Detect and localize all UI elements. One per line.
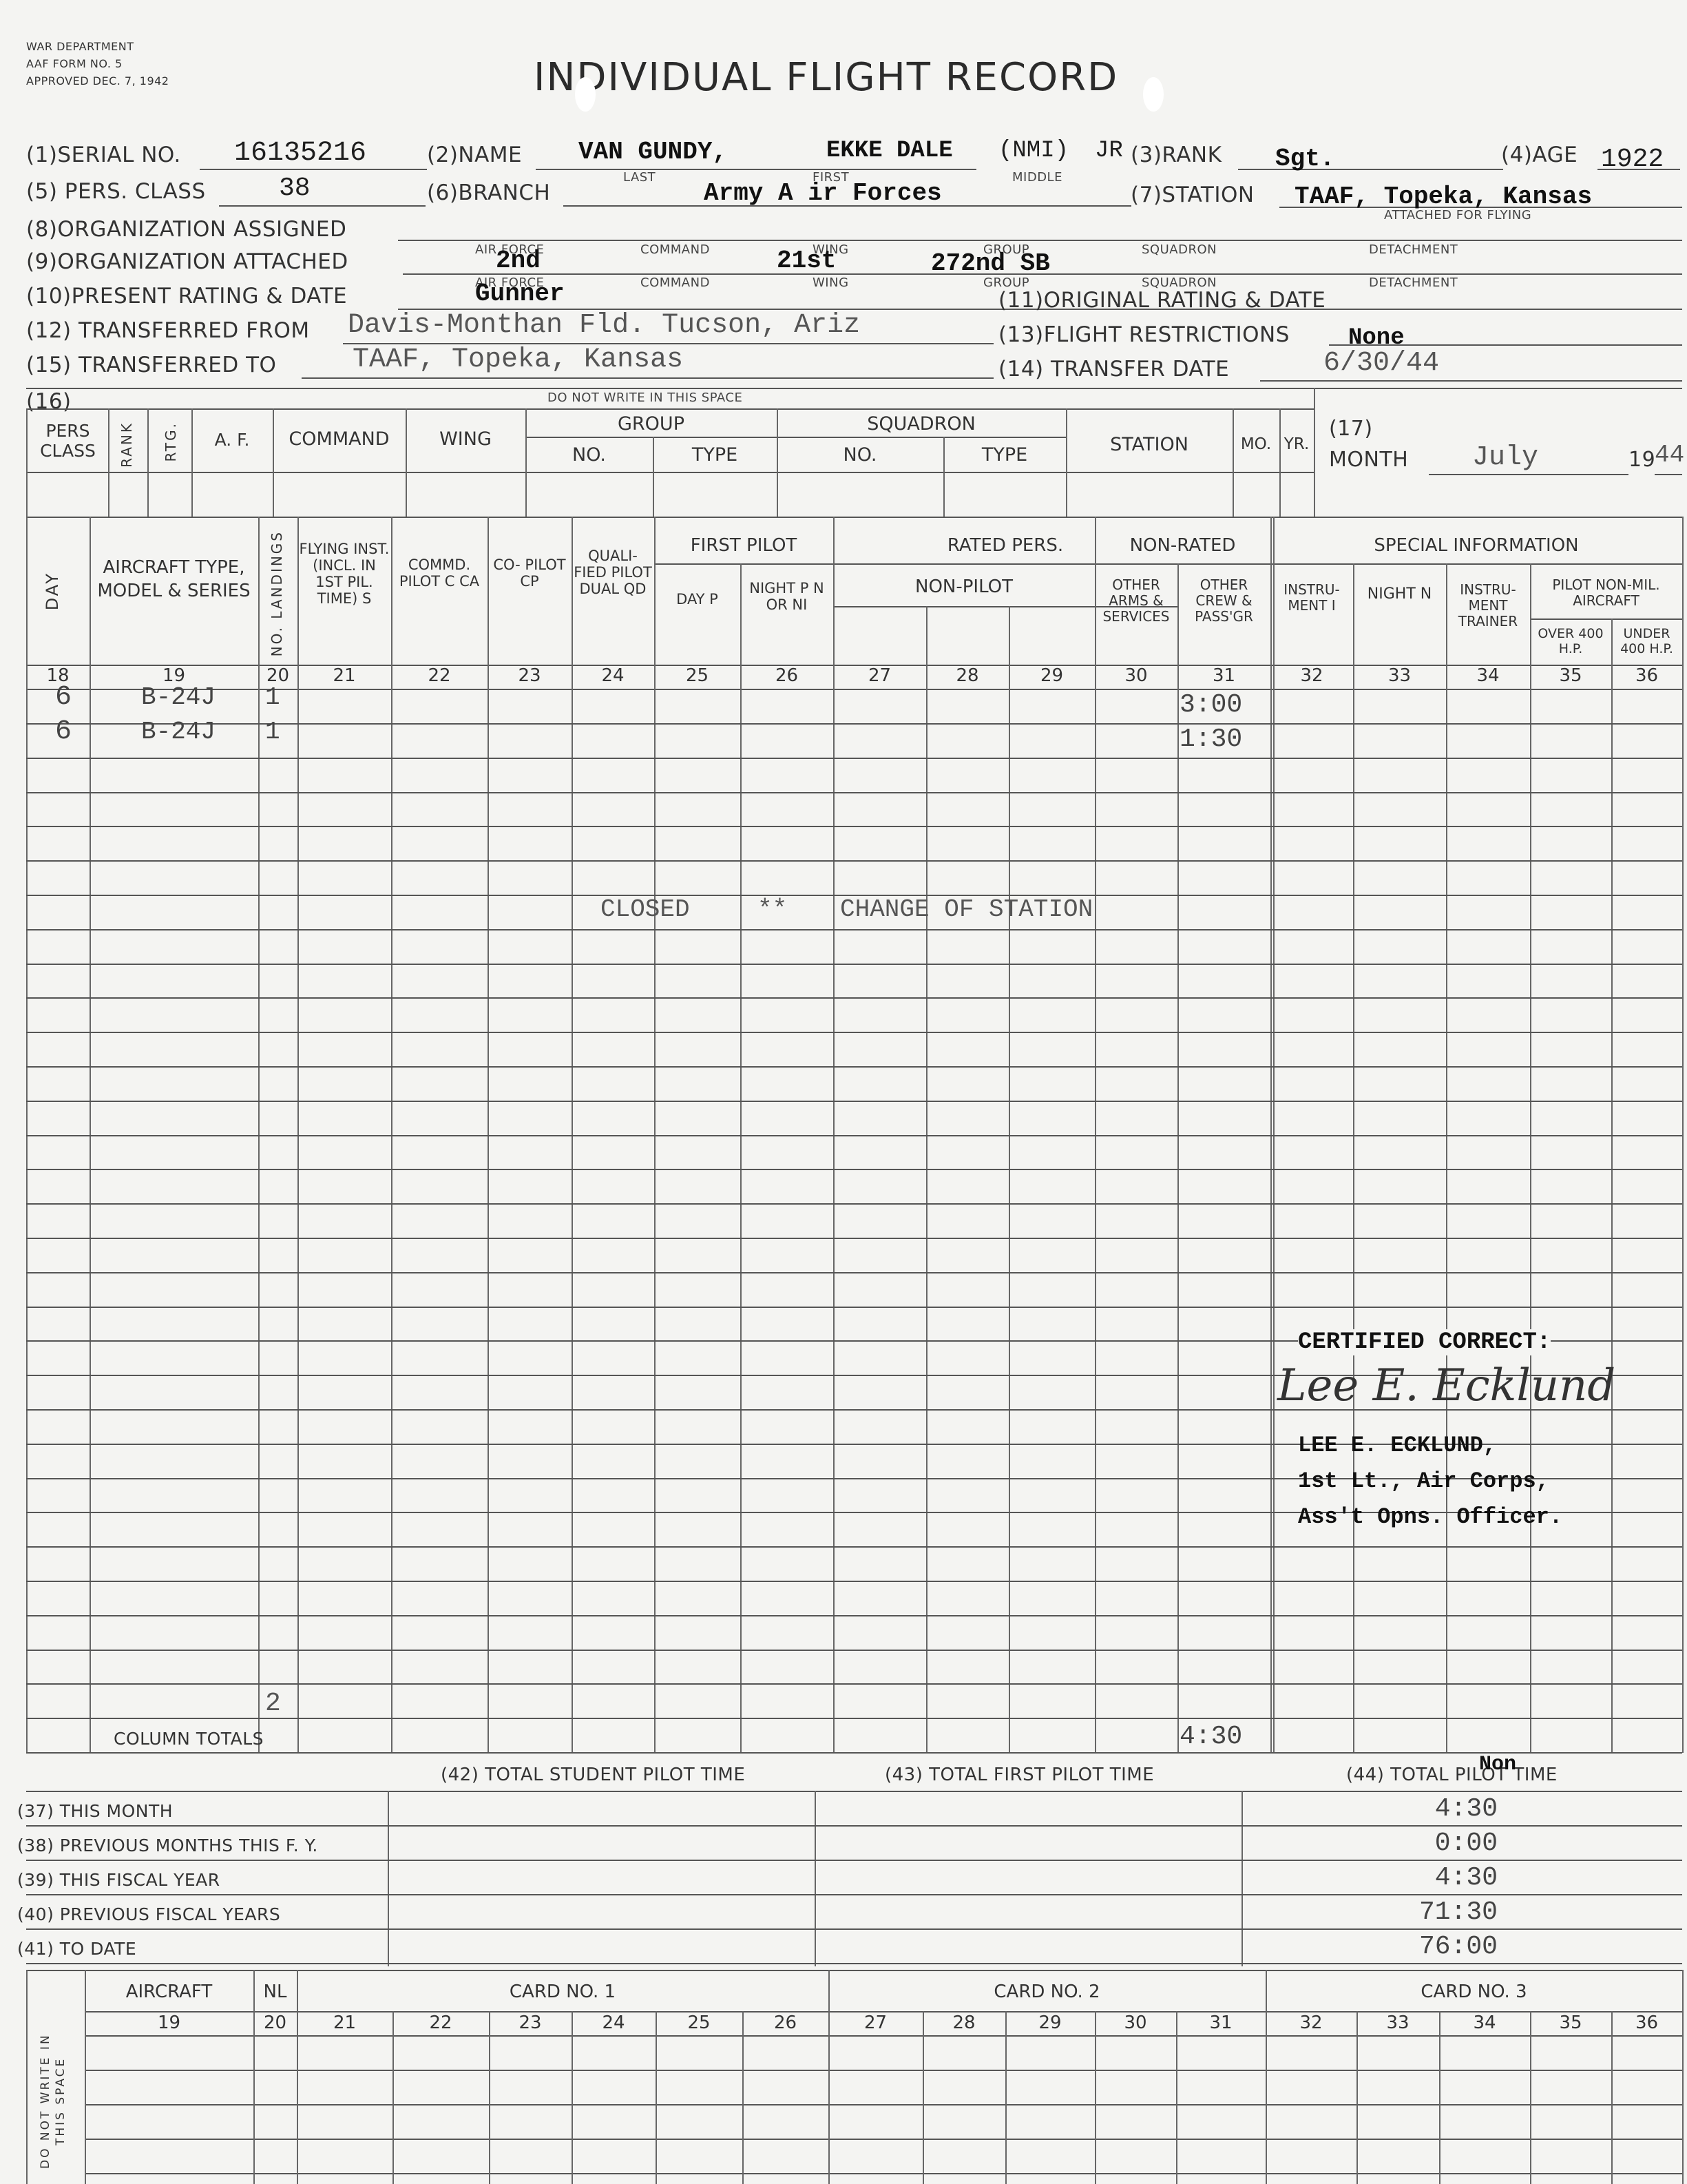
- card-column-number: 36: [1611, 2013, 1682, 2033]
- transfer-date-value[interactable]: 6/30/44: [1323, 348, 1439, 379]
- total-pilot-time-value[interactable]: 71:30: [1394, 1897, 1498, 1927]
- column-number: 31: [1177, 665, 1270, 686]
- column-number: 26: [740, 665, 833, 686]
- dept-label: WAR DEPARTMENT: [26, 38, 169, 55]
- org-attached-group[interactable]: 272nd SB: [931, 249, 1050, 278]
- s16-col-rank: RANK: [118, 422, 135, 468]
- officer-title: Ass't Opns. Officer.: [1298, 1504, 1562, 1530]
- totals-row-line: [26, 1860, 1682, 1861]
- column-number: 36: [1611, 665, 1682, 686]
- col-flying-inst-header: FLYING INST. (INCL. IN 1ST PIL. TIME) S: [297, 541, 391, 607]
- column-number: 30: [1095, 665, 1177, 686]
- col-fp-day-header: DAY P: [654, 591, 740, 607]
- totals-row-label: (40) PREVIOUS FISCAL YEARS: [17, 1904, 280, 1924]
- punch-hole: [1143, 77, 1164, 112]
- age-label: (4)AGE: [1501, 143, 1578, 167]
- page-title: INDIVIDUAL FLIGHT RECORD: [534, 55, 1118, 100]
- sub-label-squadron: SQUADRON: [1142, 242, 1217, 257]
- sub-label-detachment: DETACHMENT: [1369, 275, 1458, 290]
- grid-line: [253, 2011, 255, 2184]
- s16-col-sqn-type: TYPE: [943, 444, 1066, 466]
- card-1-header: CARD NO. 1: [297, 1982, 828, 2003]
- card-column-number: 28: [923, 2013, 1005, 2033]
- year-value[interactable]: 44: [1655, 441, 1684, 469]
- s16-col-wing: WING: [406, 428, 525, 450]
- row2-aircraft[interactable]: B-24J: [141, 718, 216, 746]
- table-row-line: [26, 1135, 1682, 1136]
- grid-line: [572, 2011, 573, 2184]
- grid-line: [828, 2011, 830, 2184]
- org-attached-wing[interactable]: 21st: [777, 247, 836, 275]
- grid-line: [1530, 563, 1531, 1753]
- table-row-line: [26, 1615, 1682, 1616]
- col-night-header: NIGHT N: [1353, 585, 1446, 603]
- cards-aircraft-header: AIRCRAFT: [85, 1982, 253, 2003]
- table-row-line: [26, 826, 1682, 827]
- s16-col-sqn-no: NO.: [777, 444, 943, 466]
- card-column-number: 20: [253, 2013, 297, 2033]
- pers-class-label: (5) PERS. CLASS: [26, 179, 206, 204]
- card-column-number: 27: [828, 2013, 923, 2033]
- grid-line: [85, 2011, 86, 2184]
- col-pilot-nonmil-header: PILOT NON-MIL. AIRCRAFT: [1530, 577, 1682, 609]
- grid-line: [656, 2011, 657, 2184]
- year-prefix: 19: [1628, 448, 1655, 472]
- grid-line: [1266, 2011, 1267, 2184]
- officer-rank: 1st Lt., Air Corps,: [1298, 1468, 1549, 1494]
- grid-line: [1177, 563, 1179, 1753]
- table-row-line: [26, 1546, 1682, 1548]
- cards-nl-header: NL: [253, 1982, 297, 2003]
- col-fp-night-header: NIGHT P N OR NI: [740, 580, 833, 613]
- table-row-line: [26, 1238, 1682, 1239]
- totals-row-line: [26, 1928, 1682, 1930]
- total-pilot-time-value[interactable]: 76:00: [1394, 1932, 1498, 1962]
- totals-row-label: (41) TO DATE: [17, 1939, 136, 1959]
- grid-line: [1611, 2011, 1613, 2184]
- table-row-line: [26, 997, 1682, 999]
- card-column-number: 19: [85, 2013, 253, 2033]
- total-student-pilot-header: (42) TOTAL STUDENT PILOT TIME: [441, 1765, 745, 1785]
- column-number: 25: [654, 665, 740, 686]
- punch-hole: [575, 77, 596, 112]
- org-attached-air-force[interactable]: 2nd: [496, 247, 541, 275]
- original-rating-label: (11)ORIGINAL RATING & DATE: [998, 288, 1325, 313]
- col-other-crew-header: OTHER CREW & PASS'GR: [1177, 577, 1270, 625]
- grid-line: [1353, 563, 1354, 1753]
- row2-day[interactable]: 6: [55, 716, 72, 747]
- card-column-number: 29: [1005, 2013, 1095, 2033]
- name-middle[interactable]: (NMI): [998, 138, 1069, 164]
- month-number-label: (17): [1329, 417, 1373, 441]
- table-row-line: [26, 860, 1682, 862]
- serial-label: (1)SERIAL NO.: [26, 143, 181, 167]
- total-pilot-time-header: (44) TOTAL PILOT TIME: [1346, 1765, 1558, 1785]
- grid-line: [1176, 2011, 1177, 2184]
- transferred-from-label: (12) TRANSFERRED FROM: [26, 318, 310, 343]
- grid-line: [1682, 517, 1684, 1753]
- row2-other-crew[interactable]: 1:30: [1180, 725, 1242, 754]
- totals-row-line: [26, 1825, 1682, 1827]
- sub-label-wing: WING: [813, 275, 849, 290]
- name-first[interactable]: EKKE DALE: [826, 138, 953, 164]
- rank-label: (3)RANK: [1131, 143, 1222, 167]
- card-2-header: CARD NO. 2: [828, 1982, 1266, 2003]
- rank-value[interactable]: Sgt.: [1275, 145, 1334, 173]
- grid-line: [85, 2173, 1682, 2174]
- table-row-line: [26, 1581, 1682, 1582]
- name-label: (2)NAME: [427, 143, 522, 167]
- card-column-number: 33: [1356, 2013, 1439, 2033]
- table-row-line: [26, 929, 1682, 930]
- table-row-line: [26, 1203, 1682, 1205]
- flight-restrictions-label: (13)FLIGHT RESTRICTIONS: [998, 322, 1290, 347]
- officer-name: LEE E. ECKLUND,: [1298, 1433, 1496, 1458]
- card-column-number: 35: [1530, 2013, 1611, 2033]
- grid-line: [85, 2035, 1682, 2037]
- col-non-pilot-header: NON-PILOT: [833, 577, 1095, 598]
- col-over400-header: OVER 400 H.P.: [1530, 627, 1611, 657]
- total-pilot-time-value[interactable]: 4:30: [1394, 1794, 1498, 1824]
- table-row-line: [26, 1101, 1682, 1102]
- grid-line: [85, 2139, 1682, 2140]
- table-row-line: [26, 1683, 1682, 1685]
- approved-date: APPROVED DEC. 7, 1942: [26, 72, 169, 90]
- column-number: 27: [833, 665, 926, 686]
- name-suffix[interactable]: JR: [1095, 138, 1123, 164]
- s16-col-group-type: TYPE: [653, 444, 777, 466]
- totals-row-label: (37) THIS MONTH: [17, 1801, 173, 1821]
- station-value[interactable]: TAAF, Topeka, Kansas: [1295, 183, 1592, 211]
- s16-col-command: COMMAND: [273, 428, 406, 450]
- org-assigned-label: (8)ORGANIZATION ASSIGNED: [26, 217, 346, 242]
- grid-line: [1356, 2011, 1358, 2184]
- name-last[interactable]: VAN GUNDY,: [578, 138, 727, 166]
- age-value[interactable]: 1922: [1601, 145, 1664, 174]
- transferred-to-label: (15) TRANSFERRED TO: [26, 353, 276, 377]
- do-not-write-note: DO NOT WRITE IN THIS SPACE: [547, 391, 742, 405]
- s16-col-station: STATION: [1066, 434, 1233, 455]
- col-inst-trainer-header: INSTRU- MENT TRAINER: [1446, 582, 1530, 630]
- grid-line: [1446, 563, 1447, 1753]
- certified-heading: CERTIFIED CORRECT:: [1298, 1329, 1551, 1355]
- column-number: 34: [1446, 665, 1530, 686]
- column-number: 22: [391, 665, 488, 686]
- column-number: 32: [1270, 665, 1353, 686]
- card-column-number: 32: [1266, 2013, 1356, 2033]
- column-number: 29: [1009, 665, 1095, 686]
- transferred-from-value[interactable]: Davis-Monthan Fld. Tucson, Ariz: [348, 310, 860, 341]
- s16-col-yr: YR.: [1279, 435, 1314, 453]
- card-column-number: 25: [656, 2013, 742, 2033]
- grid-line: [392, 2011, 394, 2184]
- table-row-line: [26, 1272, 1682, 1273]
- col-qualified-header: QUALI- FIED PILOT DUAL QD: [572, 548, 654, 597]
- column-number: 21: [297, 665, 391, 686]
- other-crew-total[interactable]: 4:30: [1180, 1722, 1242, 1751]
- station-label: (7)STATION: [1131, 183, 1255, 207]
- transferred-to-value[interactable]: TAAF, Topeka, Kansas: [353, 344, 683, 375]
- card-column-number: 22: [392, 2013, 489, 2033]
- card-column-number: 26: [742, 2013, 828, 2033]
- s16-col-squadron: SQUADRON: [777, 413, 1066, 435]
- totals-row-line: [26, 1894, 1682, 1895]
- column-number: 24: [572, 665, 654, 686]
- grid-line: [1611, 618, 1613, 1753]
- totals-row-label: (39) THIS FISCAL YEAR: [17, 1870, 220, 1890]
- sub-label-command: COMMAND: [640, 242, 710, 257]
- card-column-number: 30: [1095, 2013, 1176, 2033]
- month-label: MONTH: [1329, 448, 1408, 472]
- org-attached-label: (9)ORGANIZATION ATTACHED: [26, 249, 348, 274]
- table-row-line: [26, 1032, 1682, 1033]
- remark-closed: CLOSED: [600, 895, 690, 924]
- col-special-info-header: SPECIAL INFORMATION: [1270, 536, 1682, 557]
- table-row-line: [26, 964, 1682, 965]
- column-totals-label: COLUMN TOTALS: [114, 1729, 264, 1749]
- transfer-date-label: (14) TRANSFER DATE: [998, 357, 1229, 382]
- branch-value[interactable]: Army A ir Forces: [704, 179, 942, 207]
- grid-line: [1530, 2011, 1531, 2184]
- col-other-arms-header: OTHER ARMS & SERVICES: [1095, 577, 1177, 625]
- form-number: AAF FORM NO. 5: [26, 55, 169, 72]
- card-3-header: CARD NO. 3: [1266, 1982, 1682, 2003]
- present-rating-label: (10)PRESENT RATING & DATE: [26, 284, 347, 309]
- sub-label-detachment: DETACHMENT: [1369, 242, 1458, 257]
- totals-row-label: (38) PREVIOUS MONTHS THIS F. Y.: [17, 1835, 318, 1855]
- col-instrument-header: INSTRU- MENT I: [1270, 582, 1353, 614]
- card-column-number: 21: [297, 2013, 392, 2033]
- total-pilot-stamp: Non: [1479, 1753, 1516, 1776]
- form-header-block: WAR DEPARTMENT AAF FORM NO. 5 APPROVED D…: [26, 38, 169, 90]
- column-number: 23: [488, 665, 572, 686]
- column-number: 35: [1530, 665, 1611, 686]
- officer-signature: Lee E. Ecklund: [1277, 1360, 1615, 1411]
- card-column-number: 31: [1176, 2013, 1266, 2033]
- landings-total[interactable]: 2: [265, 1689, 281, 1718]
- sub-label-last: LAST: [623, 170, 656, 185]
- row1-landings[interactable]: 1: [265, 683, 280, 711]
- total-first-pilot-header: (43) TOTAL FIRST PILOT TIME: [885, 1765, 1154, 1785]
- table-row-line: [26, 1752, 1682, 1754]
- s16-col-mo: MO.: [1233, 435, 1279, 453]
- grid-line: [85, 2104, 1682, 2105]
- grid-line: [85, 2070, 1682, 2071]
- col-co-pilot-header: CO- PILOT CP: [488, 557, 572, 590]
- grid-line: [1005, 2011, 1007, 2184]
- card-column-number: 23: [489, 2013, 572, 2033]
- table-row-line: [26, 758, 1682, 759]
- row1-other-crew[interactable]: 3:00: [1180, 690, 1242, 720]
- grid-line: [1682, 2011, 1684, 2184]
- totals-row-line: [26, 1963, 1682, 1964]
- s16-col-af: A. F.: [191, 430, 273, 450]
- pers-class-value[interactable]: 38: [279, 174, 311, 203]
- card-column-number: 34: [1439, 2013, 1530, 2033]
- serial-value[interactable]: 16135216: [234, 138, 366, 169]
- remark-asterisks: **: [757, 895, 787, 924]
- remark-change-of-station: CHANGE OF STATION: [840, 895, 1093, 924]
- col-landings-header: NO. LANDINGS: [269, 530, 285, 656]
- grid-line: [923, 2011, 924, 2184]
- grid-line: [1095, 2011, 1096, 2184]
- table-row-line: [26, 1307, 1682, 1308]
- station-sub-label: ATTACHED FOR FLYING: [1384, 208, 1531, 222]
- branch-label: (6)BRANCH: [427, 180, 550, 205]
- card-column-number: 24: [572, 2013, 656, 2033]
- table-row-line: [26, 792, 1682, 793]
- col-commd-pilot-header: COMMD. PILOT C CA: [391, 557, 488, 590]
- table-row-line: [26, 1650, 1682, 1651]
- col-first-pilot-header: FIRST PILOT: [654, 536, 833, 557]
- sub-label-middle: MIDDLE: [1012, 170, 1062, 185]
- s16-col-group-no: NO.: [525, 444, 653, 466]
- grid-line: [1439, 2011, 1440, 2184]
- table-row-line: [26, 1066, 1682, 1068]
- column-number: 33: [1353, 665, 1446, 686]
- col-under400-header: UNDER 400 H.P.: [1611, 627, 1682, 657]
- row2-landings[interactable]: 1: [265, 718, 280, 746]
- s16-col-pers-class: PERS CLASS: [28, 422, 108, 461]
- col-aircraft-header: AIRCRAFT TYPE, MODEL & SERIES: [90, 557, 258, 603]
- col-non-rated-header: NON-RATED: [1095, 536, 1270, 557]
- sub-label-command: COMMAND: [640, 275, 710, 290]
- s16-col-rtg: RTG.: [163, 422, 179, 462]
- column-number: 28: [926, 665, 1009, 686]
- total-pilot-time-value[interactable]: 0:00: [1394, 1829, 1498, 1858]
- grid-line: [297, 2011, 298, 2184]
- col-day-header: DAY: [43, 572, 62, 610]
- grid-line: [740, 563, 742, 1753]
- s16-col-group: GROUP: [525, 413, 777, 435]
- cards-do-not-write-note: DO NOT WRITE IN THIS SPACE: [38, 2018, 70, 2184]
- month-value[interactable]: July: [1472, 442, 1538, 473]
- grid-line: [742, 2011, 744, 2184]
- row1-day[interactable]: 6: [55, 682, 72, 713]
- section-16-label: (16): [26, 389, 72, 414]
- table-row-line: [26, 1169, 1682, 1170]
- row1-aircraft[interactable]: B-24J: [141, 683, 216, 711]
- present-rating-value[interactable]: Gunner: [475, 280, 565, 308]
- grid-line: [489, 2011, 490, 2184]
- total-pilot-time-value[interactable]: 4:30: [1394, 1863, 1498, 1893]
